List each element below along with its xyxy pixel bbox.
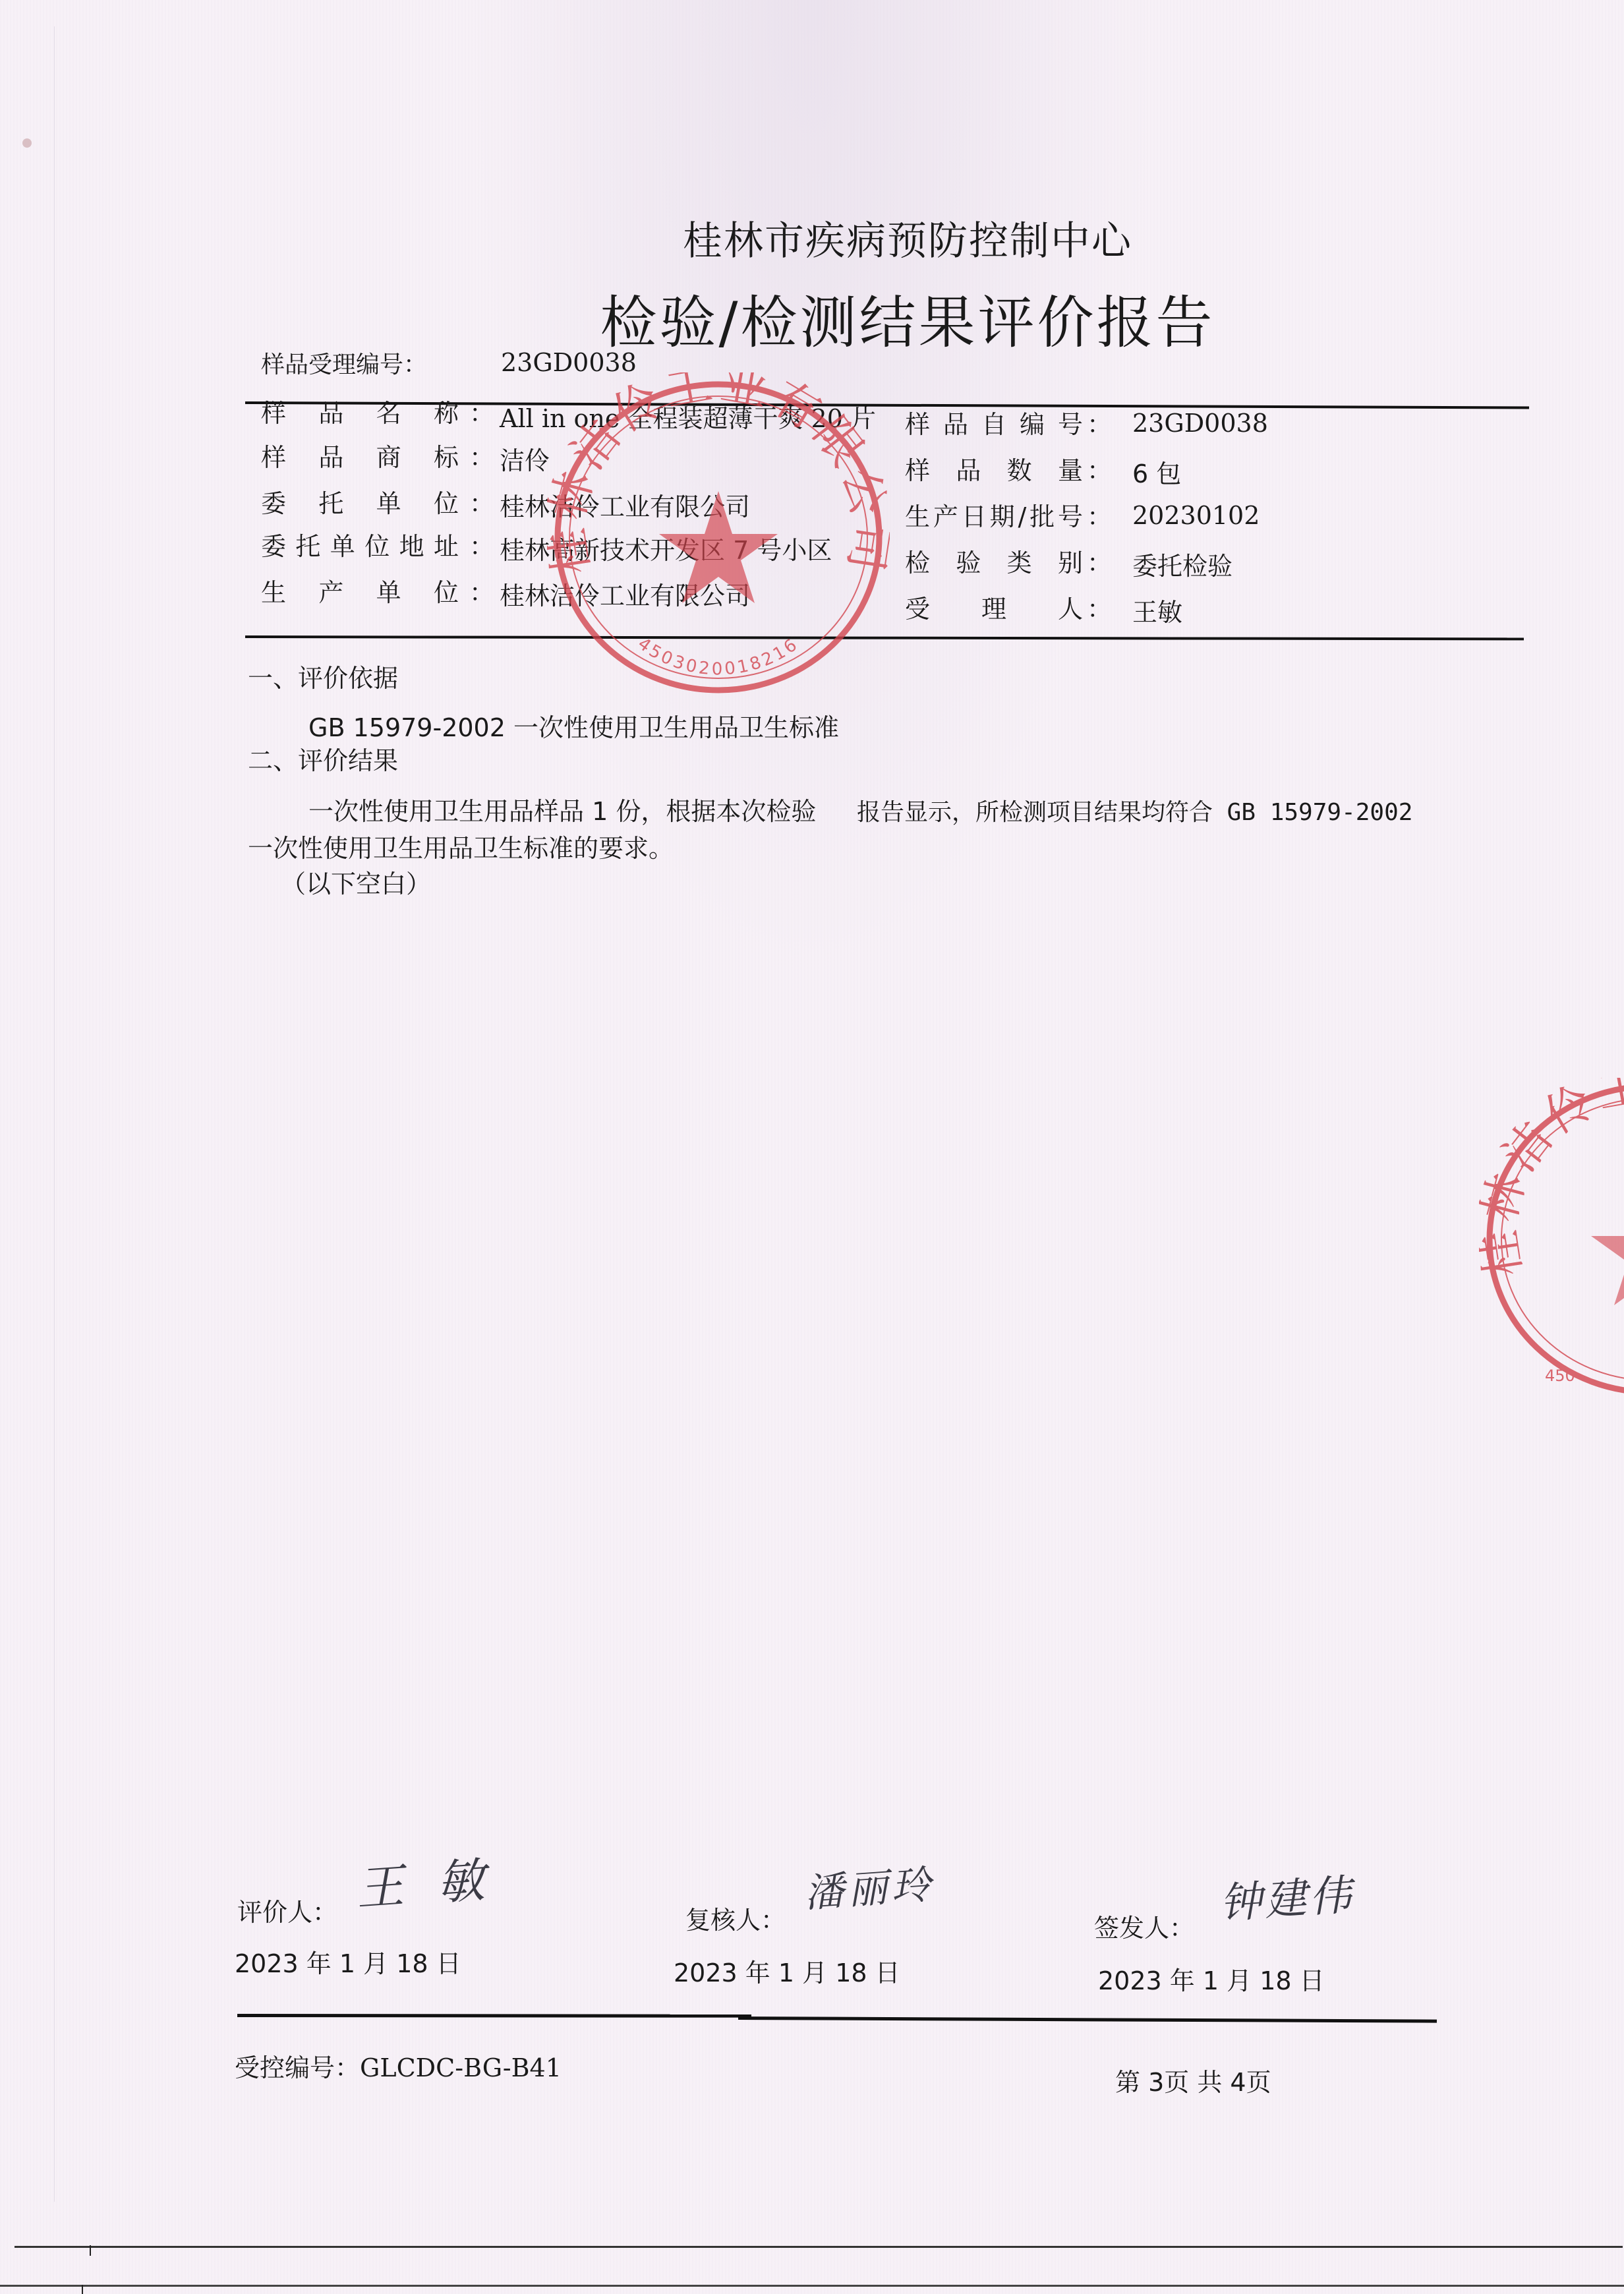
label-text: 生产日期/批号 — [905, 496, 1083, 533]
value-sample-quantity: 6 包 — [1132, 454, 1181, 490]
label-sample-name: 样品名称： — [261, 393, 494, 429]
divider-signature — [738, 2016, 1437, 2023]
svg-text:桂林洁伶工业有限公司: 桂林洁伶工业有限公司 — [1479, 1078, 1624, 1280]
blank-note: （以下空白） — [281, 864, 431, 900]
label-colon: ： — [1087, 548, 1112, 577]
label-colon: ： — [469, 443, 494, 472]
label-colon: ： — [1087, 595, 1112, 624]
divider-middle — [245, 635, 1524, 640]
label-text: 样品数量 — [905, 450, 1083, 486]
issuer-date: 2023 年 1 月 18 日 — [1098, 1960, 1325, 1997]
organization-name: 桂林市疾病预防控制中心 — [0, 210, 1624, 266]
label-colon: ： — [469, 578, 494, 607]
basis-text: GB 15979-2002 一次性使用卫生用品卫生标准 — [308, 707, 839, 744]
divider-signature-left — [237, 2014, 751, 2018]
evaluator-label: 评价人： — [237, 1892, 337, 1928]
label-text: 委托单位地址 — [261, 526, 459, 562]
label-colon: ： — [469, 532, 494, 561]
scan-tick-2 — [82, 2285, 83, 2294]
evaluator-signature: 王 敏 — [354, 1841, 496, 1919]
control-no-value: GLCDC-BG-B41 — [360, 2053, 562, 2082]
label-client-address: 委托单位地址： — [261, 526, 494, 562]
value-client: 桂林洁伶工业有限公司 — [500, 486, 750, 523]
reviewer-date: 2023 年 1 月 18 日 — [674, 1953, 900, 1989]
accept-no-value: 23GD0038 — [501, 348, 637, 377]
label-inspection-type: 检验类别： — [905, 543, 1112, 579]
value-client-address: 桂林高新技术开发区 7 号小区 — [500, 530, 832, 566]
value-sample-name: All in one 全程装超薄干爽 20 片 — [500, 398, 876, 434]
label-colon: ： — [469, 489, 494, 518]
label-text: 检验类别 — [905, 543, 1083, 579]
label-colon: ： — [1087, 456, 1112, 485]
seal-icon: 桂林洁伶工业有限公司 450 — [1479, 1078, 1624, 1401]
label-text: 样品自编号 — [905, 404, 1083, 440]
label-text: 样品商标 — [261, 437, 459, 473]
label-sample-quantity: 样品数量： — [905, 450, 1112, 486]
basis-heading: 一、评价依据 — [248, 658, 398, 694]
value-inspection-type: 委托检验 — [1132, 546, 1232, 582]
scan-bottom-line — [14, 2246, 1623, 2248]
value-sample-brand: 洁伶 — [500, 440, 550, 477]
label-text: 受理人 — [905, 589, 1083, 625]
value-receiver: 王敏 — [1132, 592, 1182, 628]
control-no-label: 受控编号： — [235, 2053, 360, 2082]
label-sample-self-no: 样品自编号： — [905, 404, 1112, 440]
label-manufacturer: 生产单位： — [261, 572, 494, 608]
svg-text:450: 450 — [1545, 1367, 1575, 1385]
issuer-signature: 钟建伟 — [1217, 1861, 1356, 1931]
label-client: 委托单位： — [261, 483, 494, 519]
label-colon: ： — [1087, 410, 1112, 439]
value-production-date: 20230102 — [1132, 501, 1260, 530]
scan-bottom-line-2 — [0, 2285, 1624, 2287]
value-sample-self-no: 23GD0038 — [1132, 409, 1268, 438]
value-manufacturer: 桂林洁伶工业有限公司 — [500, 575, 750, 612]
result-text-line1a: 一次性使用卫生用品样品 1 份，根据本次检验 — [308, 791, 816, 827]
report-title: 检验/检测结果评价报告 — [0, 277, 1624, 359]
label-colon: ： — [1087, 502, 1112, 531]
accept-no-label: 样品受理编号： — [261, 346, 427, 380]
company-seal-stamp-edge: 桂林洁伶工业有限公司 450 — [1479, 1078, 1624, 1401]
reviewer-signature: 潘丽玲 — [802, 1853, 937, 1919]
result-text-line2: 一次性使用卫生用品卫生标准的要求。 — [248, 828, 674, 864]
label-colon: ： — [469, 399, 494, 428]
evaluator-date: 2023 年 1 月 18 日 — [235, 1943, 461, 1980]
label-receiver: 受理人： — [905, 589, 1112, 625]
scan-tick — [90, 2245, 91, 2256]
label-text: 样品名称 — [261, 393, 459, 429]
reviewer-label: 复核人： — [685, 1900, 786, 1936]
label-text: 委托单位 — [261, 483, 459, 519]
result-heading: 二、评价结果 — [248, 740, 398, 777]
svg-text:4503020018216: 4503020018216 — [634, 634, 803, 680]
page-info: 第 3页 共 4页 — [1115, 2062, 1271, 2098]
label-text: 生产单位 — [261, 572, 459, 608]
control-no: 受控编号：GLCDC-BG-B41 — [235, 2047, 562, 2084]
label-sample-brand: 样品商标： — [261, 437, 494, 473]
result-text-line1b: 报告显示，所检测项目结果均符合 GB 15979-2002 — [857, 794, 1412, 827]
label-production-date: 生产日期/批号： — [905, 496, 1112, 533]
issuer-label: 签发人： — [1094, 1908, 1194, 1944]
scan-speck — [22, 138, 32, 148]
